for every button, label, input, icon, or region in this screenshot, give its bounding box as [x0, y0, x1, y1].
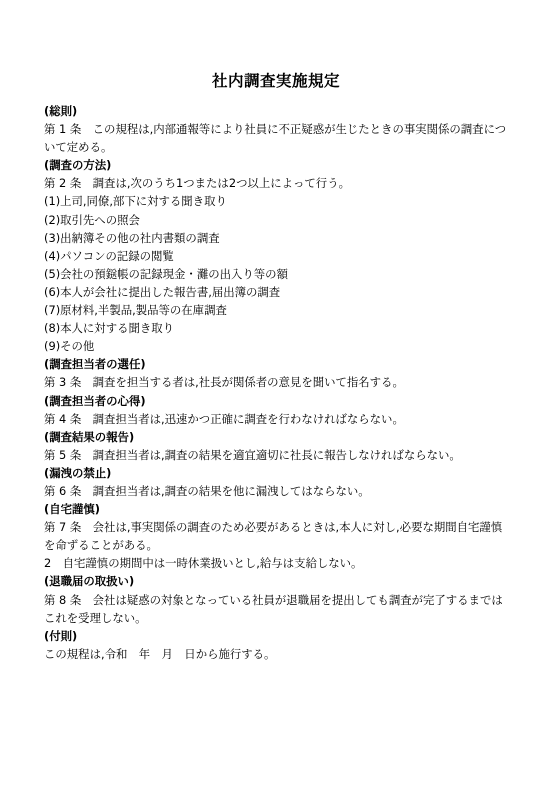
- document-line: (2)取引先への照会: [44, 211, 516, 229]
- document-line: 第 1 条 この規程は,内部通報等により社員に不正疑惑が生じたときの事実関係の調…: [44, 120, 516, 138]
- section-heading: (調査結果の報告): [44, 428, 516, 446]
- section-heading: (調査担当者の選任): [44, 355, 516, 373]
- document-line: 2 自宅謹慎の期間中は一時休業扱いとし,給与は支給しない。: [44, 554, 516, 572]
- document-line: 第 2 条 調査は,次のうち1つまたは2つ以上によって行う。: [44, 174, 516, 192]
- document-line: 第 4 条 調査担当者は,迅速かつ正確に調査を行わなければならない。: [44, 410, 516, 428]
- document-line: (4)パソコンの記録の閲覧: [44, 247, 516, 265]
- document-line: (7)原材料,半製品,製品等の在庫調査: [44, 301, 516, 319]
- section-heading: (漏洩の禁止): [44, 464, 516, 482]
- document-page: 社内調査実施規定 (総則)第 1 条 この規程は,内部通報等により社員に不正疑惑…: [0, 0, 552, 791]
- document-line: これを受理しない。: [44, 609, 516, 627]
- document-line: 第 5 条 調査担当者は,調査の結果を適宜適切に社長に報告しなければならない。: [44, 446, 516, 464]
- document-line: を命ずることがある。: [44, 536, 516, 554]
- document-line: 第 6 条 調査担当者は,調査の結果を他に漏洩してはならない。: [44, 482, 516, 500]
- section-heading: (自宅謹慎): [44, 500, 516, 518]
- document-line: (6)本人が会社に提出した報告書,届出簿の調査: [44, 283, 516, 301]
- document-body: (総則)第 1 条 この規程は,内部通報等により社員に不正疑惑が生じたときの事実…: [44, 102, 516, 663]
- document-line: (3)出納簿その他の社内書類の調査: [44, 229, 516, 247]
- document-title: 社内調査実施規定: [0, 71, 552, 91]
- section-heading: (調査担当者の心得): [44, 392, 516, 410]
- document-line: 第 3 条 調査を担当する者は,社長が関係者の意見を聞いて指名する。: [44, 373, 516, 391]
- document-line: (5)会社の預鎹帳の記録現金・灘の出入り等の額: [44, 265, 516, 283]
- section-heading: (退職届の取扱い): [44, 572, 516, 590]
- document-line: 第 8 条 会社は疑惑の対象となっている社員が退職届を提出しても調査が完了するま…: [44, 591, 516, 609]
- section-heading: (総則): [44, 102, 516, 120]
- document-line: 第 7 条 会社は,事実関係の調査のため必要があるときは,本人に対し,必要な期間…: [44, 518, 516, 536]
- document-line: (9)その他: [44, 337, 516, 355]
- document-line: いて定める。: [44, 138, 516, 156]
- document-line: この規程は,令和 年 月 日から施行する。: [44, 645, 516, 663]
- section-heading: (付則): [44, 627, 516, 645]
- document-line: (8)本人に対する聞き取り: [44, 319, 516, 337]
- section-heading: (調査の方法): [44, 156, 516, 174]
- document-line: (1)上司,同僚,部下に対する聞き取り: [44, 192, 516, 210]
